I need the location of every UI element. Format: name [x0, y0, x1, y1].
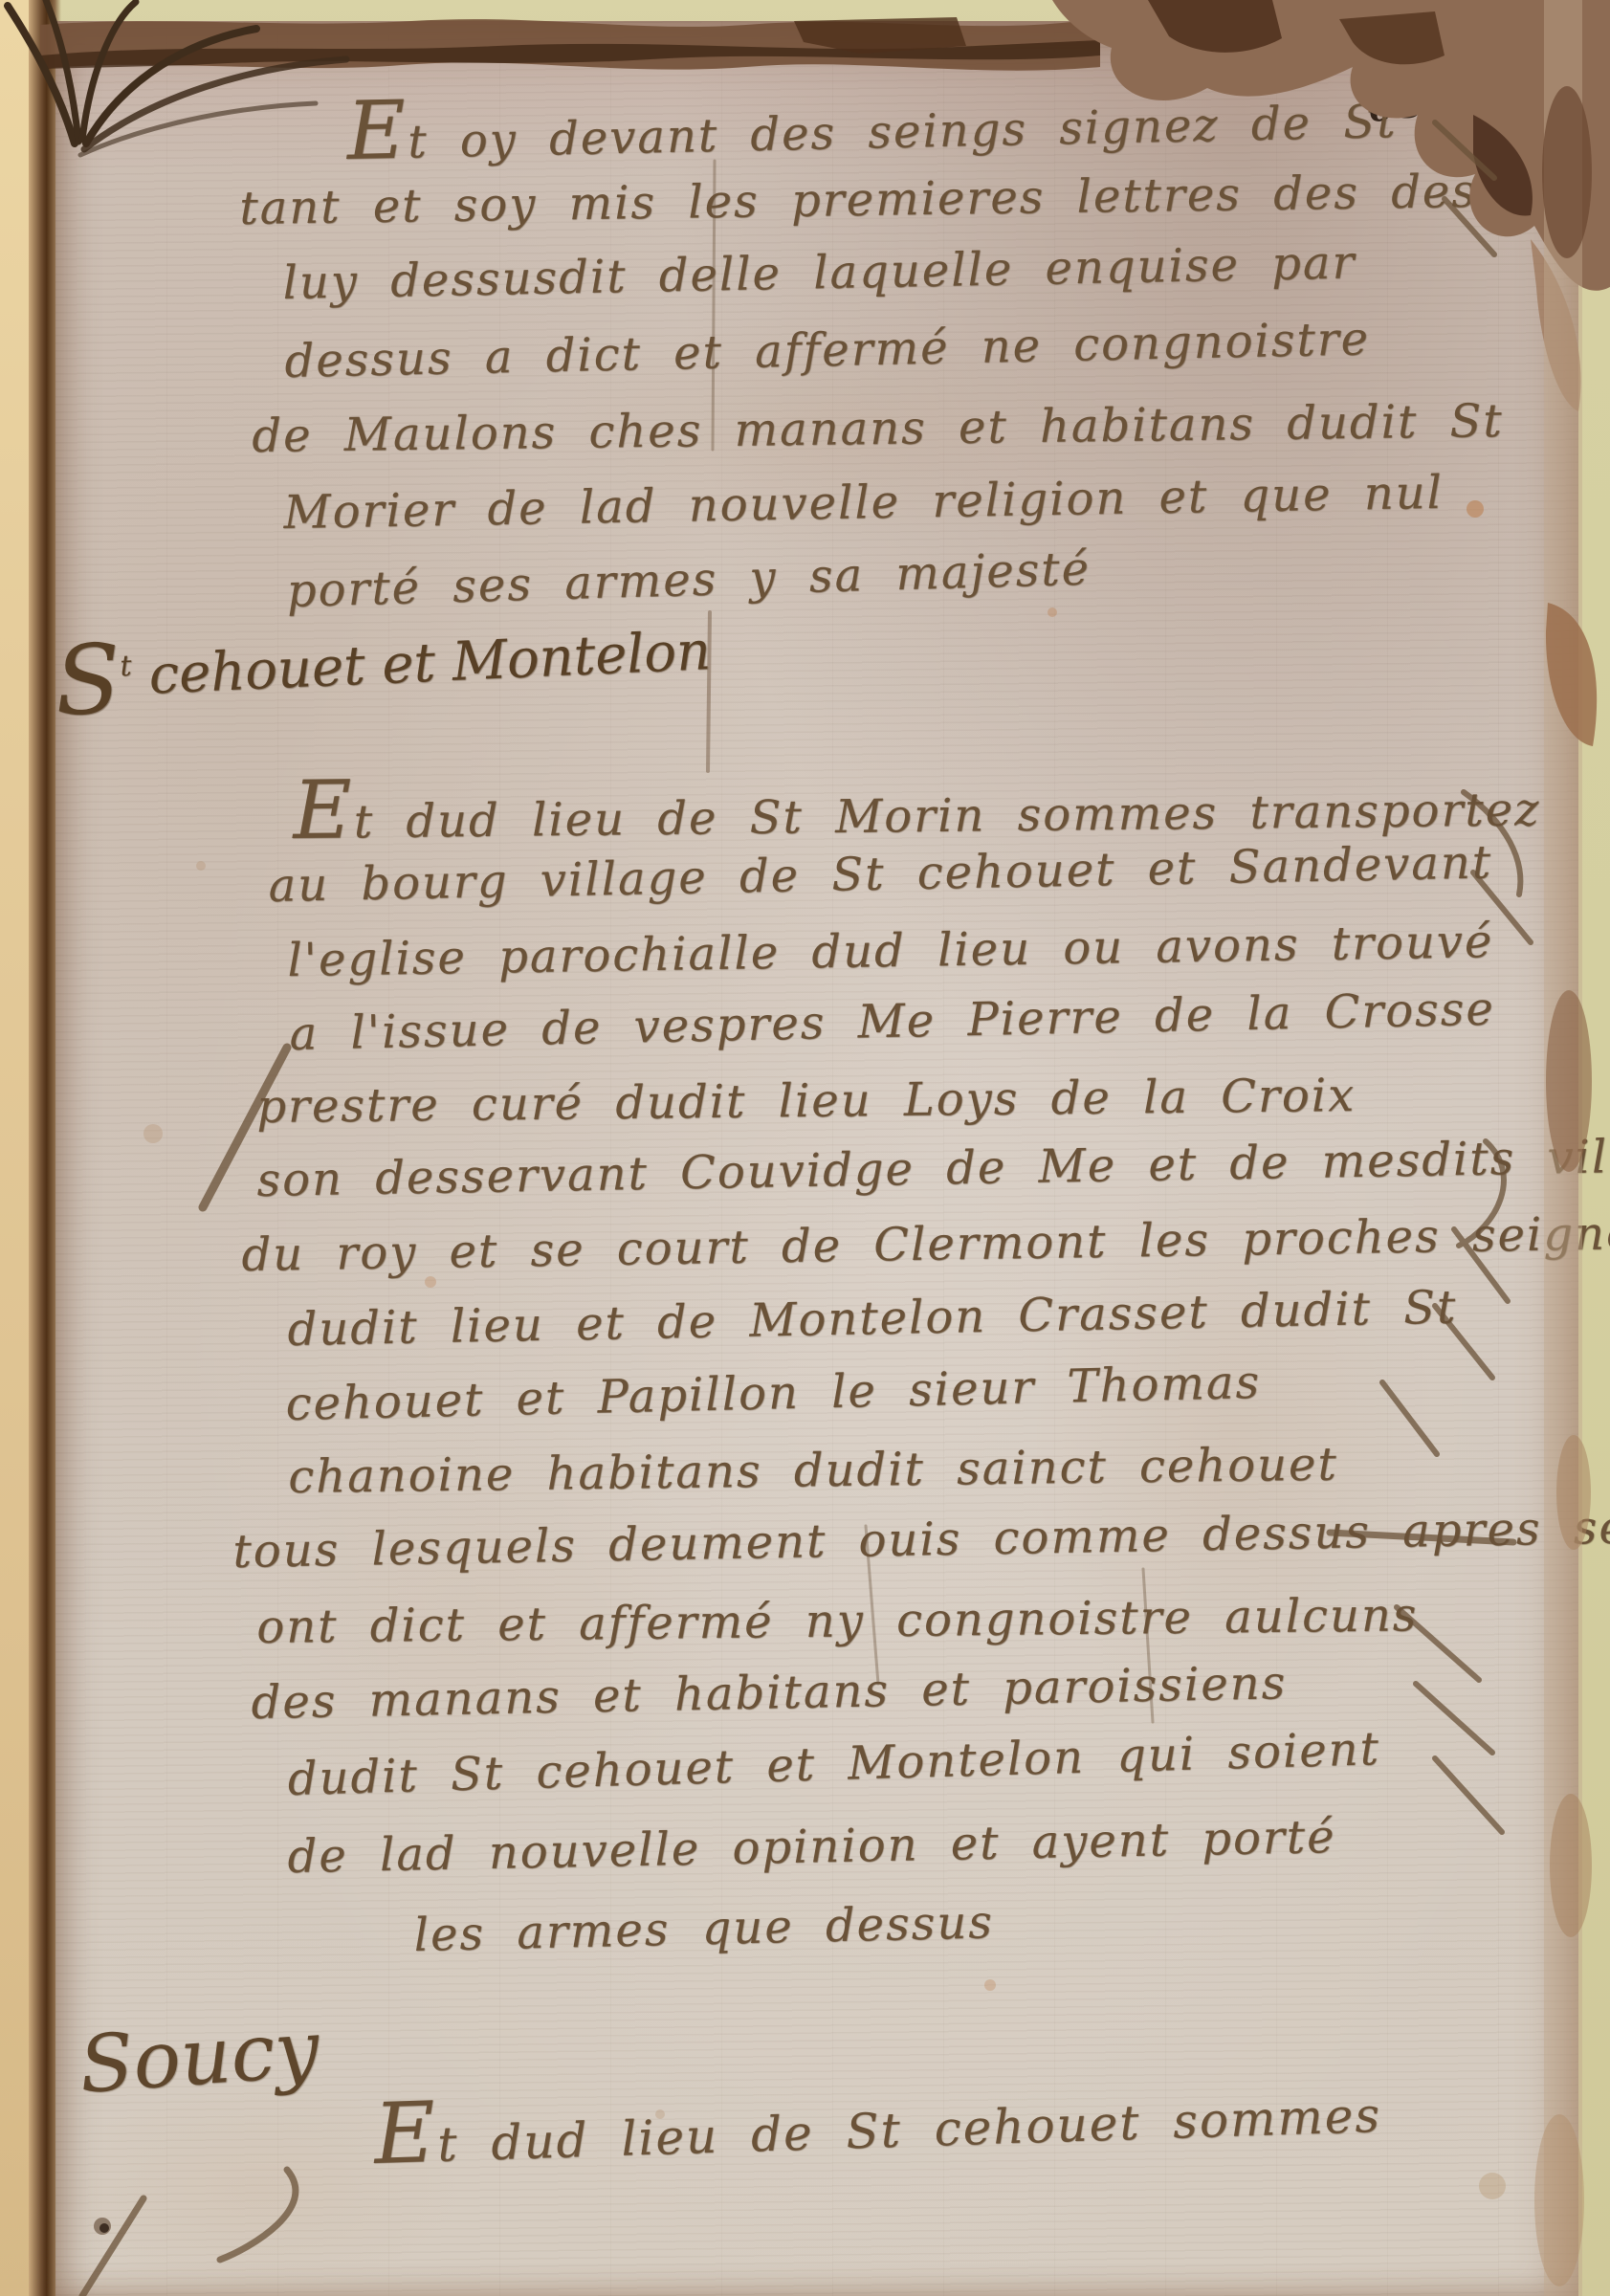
- margin-bottom-heading: Soucy: [77, 2004, 322, 2111]
- heading-superscript: t: [120, 650, 133, 683]
- manuscript-photo: 65 Et oy devant des seings signez de St …: [0, 0, 1610, 2296]
- text-line: Et dud lieu de St Morin sommes transport…: [293, 765, 1541, 850]
- previous-page-edge: [0, 0, 33, 2296]
- heading-initial: S: [53, 623, 123, 738]
